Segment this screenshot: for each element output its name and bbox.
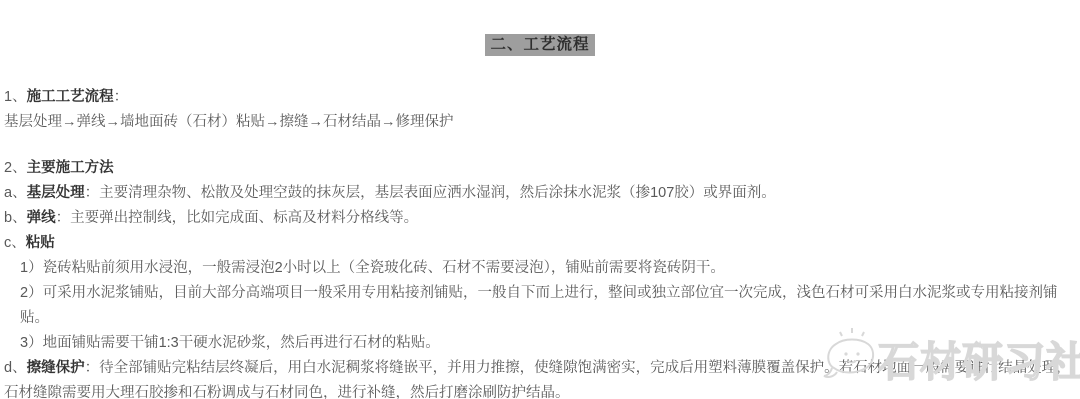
paragraph-paste-item-1: 1）瓷砖粘贴前须用水浸泡，一般需浸泡2小时以上（全瓷玻化砖、石材不需要浸泡），铺… <box>4 256 1076 281</box>
blank-line <box>4 135 1076 156</box>
para-term: 主要施工方法 <box>27 160 114 176</box>
paragraph-paste-heading: c、粘贴 <box>4 231 1076 256</box>
para-term: 粘贴 <box>26 235 55 251</box>
para-text: 3）地面铺贴需要干铺1:3干硬水泥砂浆，然后再进行石材的粘贴。 <box>20 335 440 351</box>
para-prefix: b、 <box>4 210 27 226</box>
para-prefix: a、 <box>4 185 27 201</box>
document-body: 1、施工工艺流程： 基层处理→弹线→墙地面砖（石材）粘贴→擦缝→石材结晶→修理保… <box>0 85 1080 399</box>
title-row: 二、工艺流程 <box>0 0 1080 56</box>
para-term: 弹线 <box>27 210 56 226</box>
paragraph-joint-protection: d、擦缝保护：待全部铺贴完粘结层终凝后，用白水泥稠浆将缝嵌平，并用力推擦，使缝隙… <box>4 356 1076 399</box>
section-title: 二、工艺流程 <box>485 34 594 56</box>
para-text: 1）瓷砖粘贴前须用水浸泡，一般需浸泡2小时以上（全瓷玻化砖、石材不需要浸泡），铺… <box>20 260 725 276</box>
para-text: ：主要弹出控制线，比如完成面、标高及材料分格线等。 <box>56 210 419 226</box>
para-text: ： <box>114 89 129 105</box>
paragraph-paste-item-3: 3）地面铺贴需要干铺1:3干硬水泥砂浆，然后再进行石材的粘贴。 <box>4 331 1076 356</box>
document-page: 二、工艺流程 1、施工工艺流程： 基层处理→弹线→墙地面砖（石材）粘贴→擦缝→石… <box>0 0 1080 399</box>
para-prefix: 2、 <box>4 160 27 176</box>
para-term: 施工工艺流程 <box>27 89 114 105</box>
para-text: ：主要清理杂物、松散及处理空鼓的抹灰层，基层表面应洒水湿润，然后涂抹水泥浆（掺1… <box>85 185 776 201</box>
para-prefix: d、 <box>4 360 27 376</box>
paragraph-methods-heading: 2、主要施工方法 <box>4 156 1076 181</box>
paragraph-process-heading: 1、施工工艺流程： <box>4 85 1076 110</box>
paragraph-process-flow: 基层处理→弹线→墙地面砖（石材）粘贴→擦缝→石材结晶→修理保护 <box>4 110 1076 135</box>
paragraph-base-treatment: a、基层处理：主要清理杂物、松散及处理空鼓的抹灰层，基层表面应洒水湿润，然后涂抹… <box>4 181 1076 206</box>
paragraph-paste-item-2: 2）可采用水泥浆铺贴，目前大部分高端项目一般采用专用粘接剂铺贴，一般自下而上进行… <box>4 281 1076 331</box>
para-text: 基层处理→弹线→墙地面砖（石材）粘贴→擦缝→石材结晶→修理保护 <box>4 114 454 130</box>
para-term: 基层处理 <box>27 185 85 201</box>
para-prefix: c、 <box>4 235 26 251</box>
paragraph-snap-lines: b、弹线：主要弹出控制线，比如完成面、标高及材料分格线等。 <box>4 206 1076 231</box>
para-text: ：待全部铺贴完粘结层终凝后，用白水泥稠浆将缝嵌平，并用力推擦，使缝隙饱满密实，完… <box>4 360 1071 399</box>
para-term: 擦缝保护 <box>27 360 85 376</box>
para-prefix: 1、 <box>4 89 27 105</box>
para-text: 2）可采用水泥浆铺贴，目前大部分高端项目一般采用专用粘接剂铺贴，一般自下而上进行… <box>20 285 1058 326</box>
